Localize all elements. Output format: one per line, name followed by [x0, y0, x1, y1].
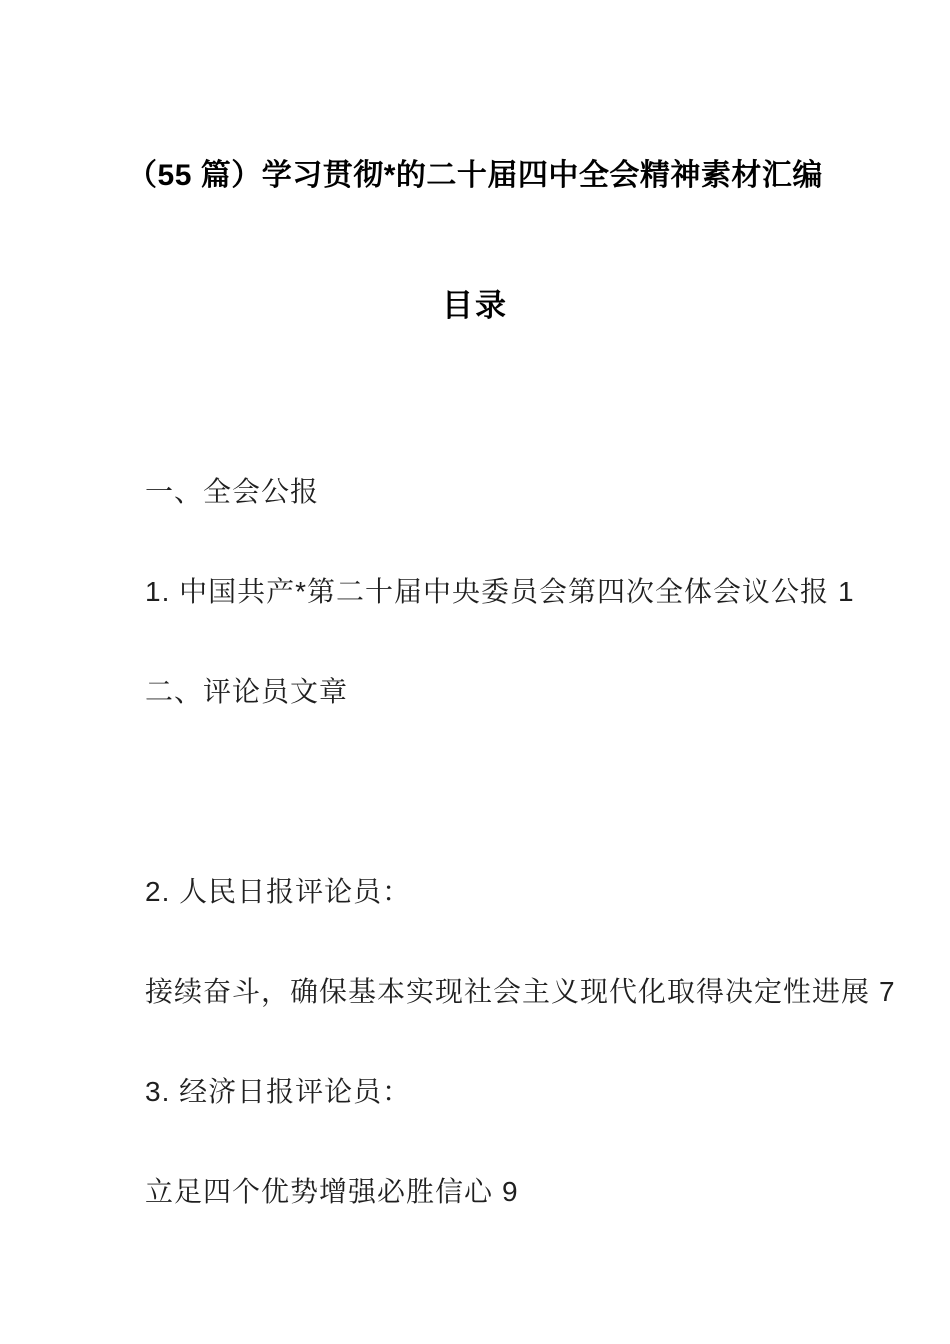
- entry-label: 立足四个优势增强必胜信心: [145, 1176, 493, 1207]
- entry-label: 一、全会公报: [145, 476, 319, 507]
- entry-page-number: 7: [879, 976, 895, 1007]
- entry-label: 二、评论员文章: [145, 676, 348, 707]
- toc-entry-item-2-subtitle: 接续奋斗，确保基本实现社会主义现代化取得决定性进展7: [145, 942, 890, 1042]
- document-title: （55 篇）学习贯彻*的二十届四中全会精神素材汇编: [0, 0, 950, 194]
- toc-entry-item-2: 2. 人民日报评论员：: [145, 842, 890, 942]
- entry-page-number: 1: [838, 576, 854, 607]
- entry-label: 2. 人民日报评论员：: [145, 876, 411, 907]
- toc-entry-item-3-subtitle: 立足四个优势增强必胜信心9: [145, 1142, 890, 1242]
- toc-entry-section-2: 二、评论员文章: [145, 642, 890, 742]
- entry-label: 接续奋斗，确保基本实现社会主义现代化取得决定性进展: [145, 976, 870, 1007]
- toc-entry-item-3: 3. 经济日报评论员：: [145, 1042, 890, 1142]
- toc-entry-blank: [145, 742, 890, 842]
- entry-label: 1. 中国共产*第二十届中央委员会第四次全体会议公报: [145, 576, 829, 607]
- toc-entry-section-1: 一、全会公报: [145, 442, 890, 542]
- toc-entry-item-1: 1. 中国共产*第二十届中央委员会第四次全体会议公报1: [145, 542, 890, 642]
- entry-page-number: 9: [502, 1176, 518, 1207]
- entry-label: 3. 经济日报评论员：: [145, 1076, 411, 1107]
- toc-heading: 目录: [0, 288, 950, 324]
- toc-list: 一、全会公报 1. 中国共产*第二十届中央委员会第四次全体会议公报1 二、评论员…: [0, 442, 950, 1242]
- document-page: （55 篇）学习贯彻*的二十届四中全会精神素材汇编 目录 一、全会公报 1. 中…: [0, 0, 950, 1344]
